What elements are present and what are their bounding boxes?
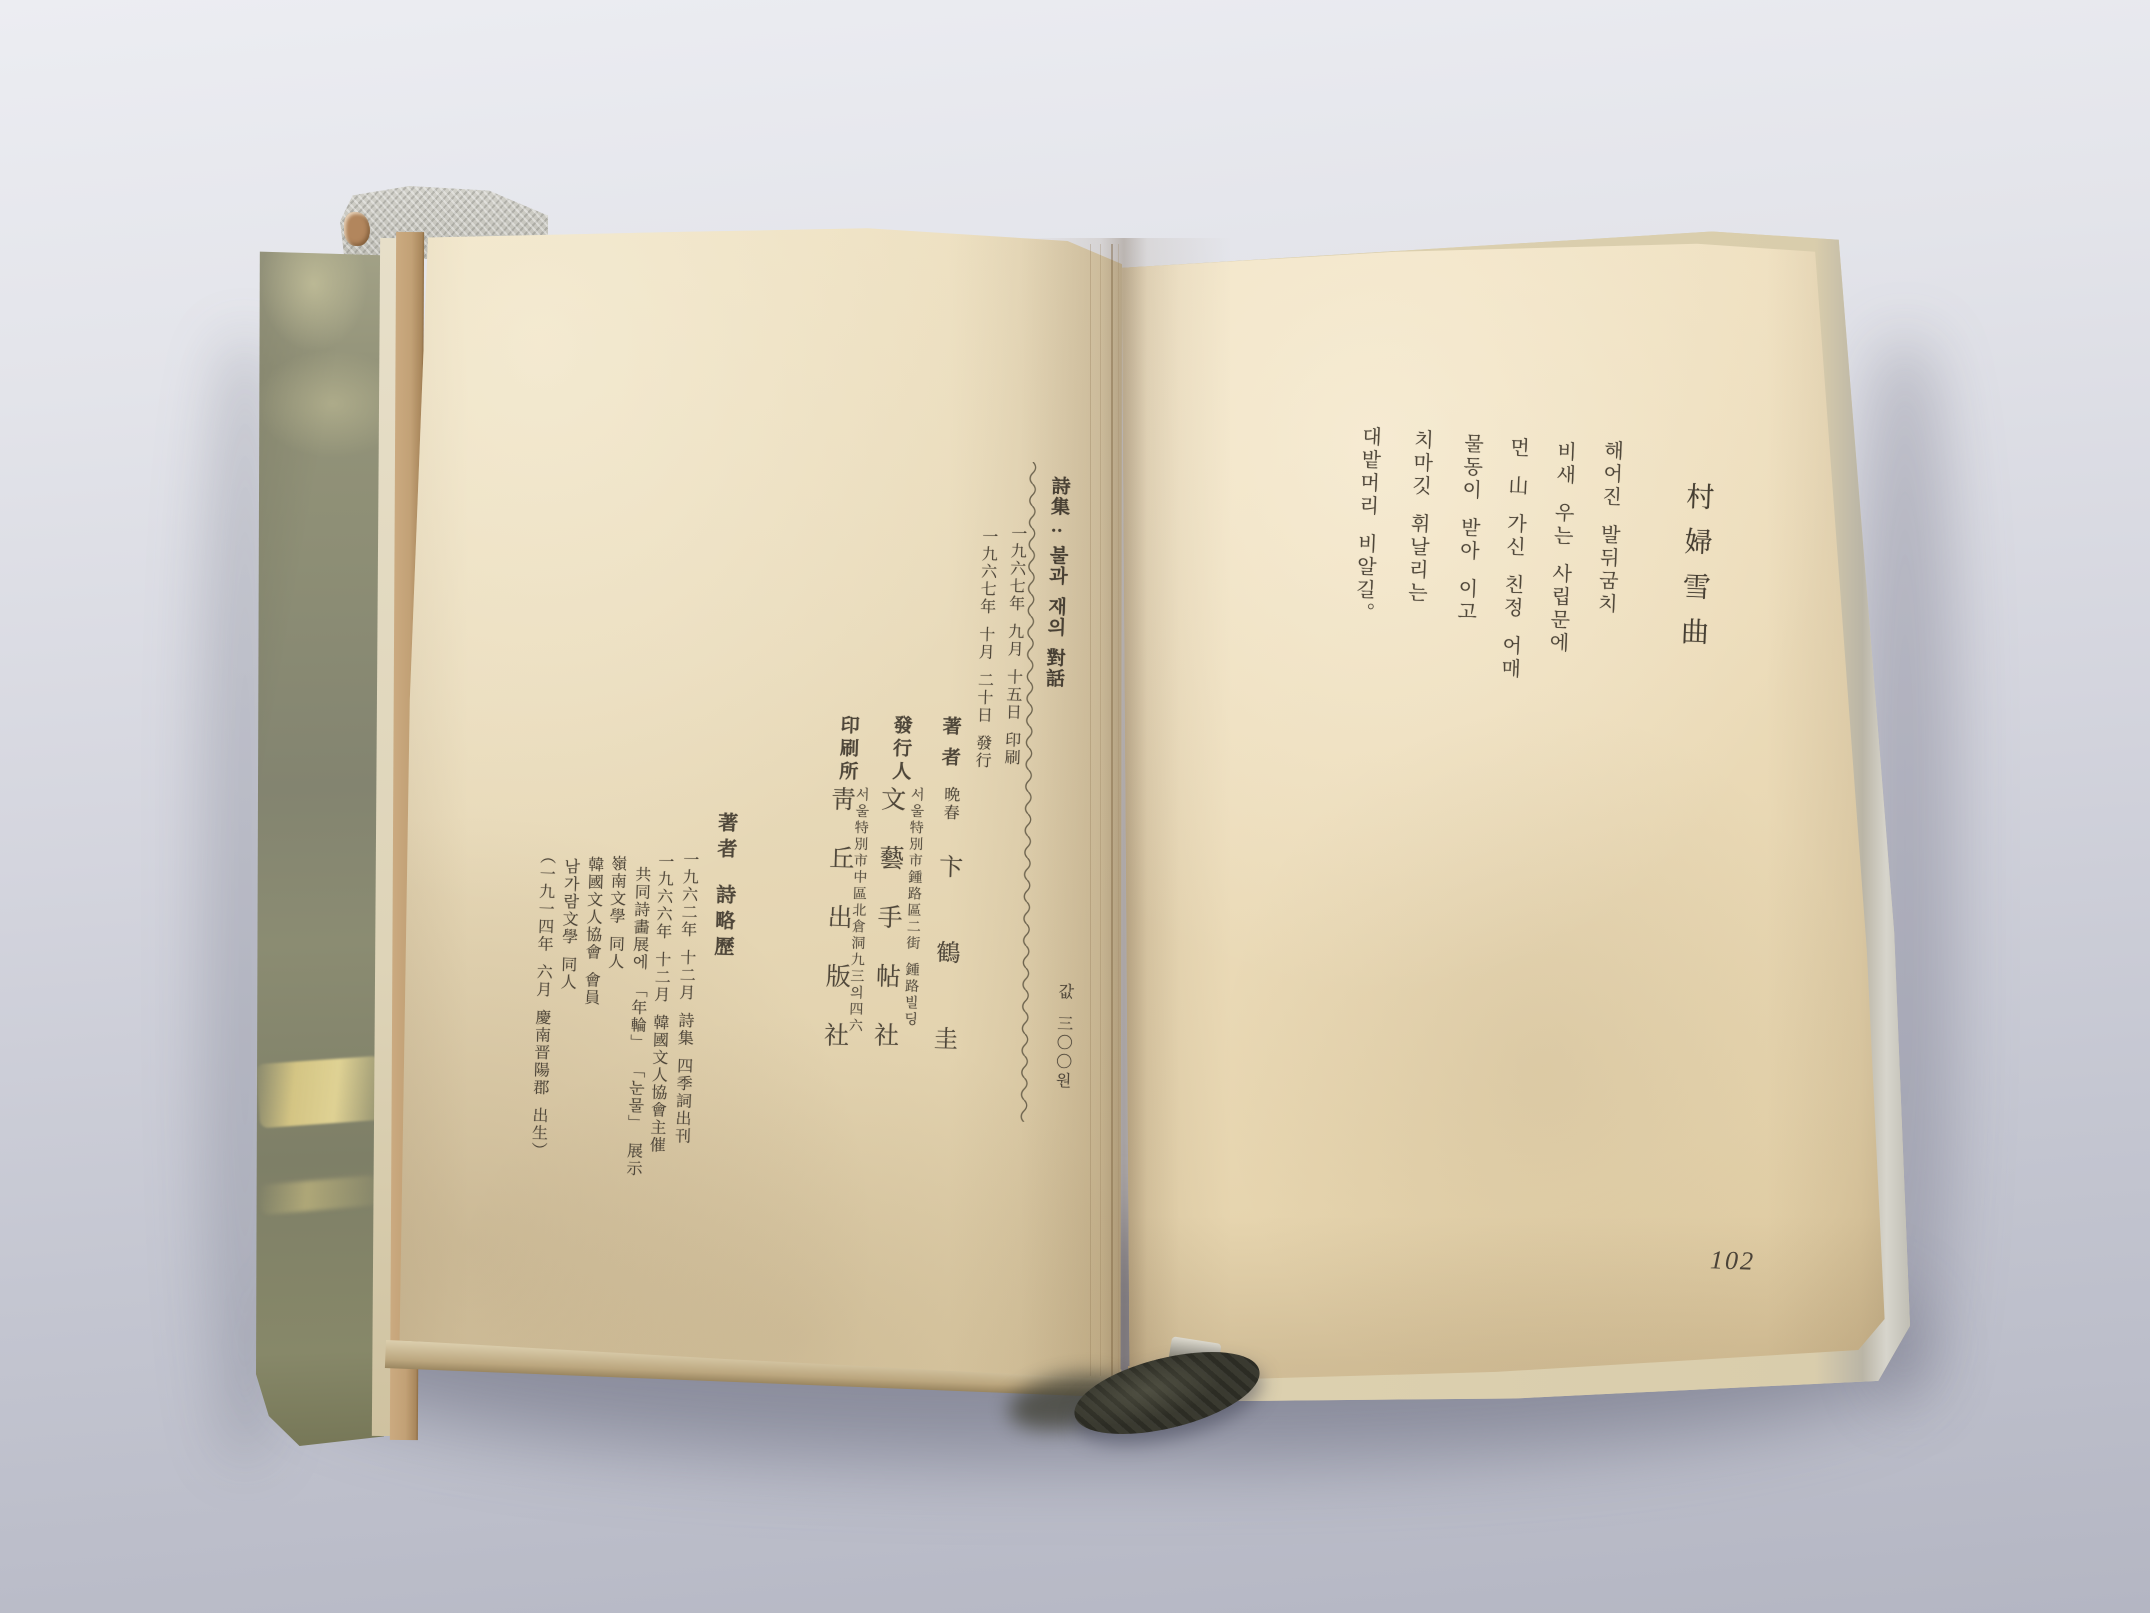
bio-line: 남가람文學 同人 bbox=[555, 858, 582, 992]
publisher-label: 發行人 bbox=[886, 715, 915, 785]
printer-label: 印刷所 bbox=[833, 715, 862, 785]
bio-line: 韓國文人協會 會員 bbox=[579, 856, 606, 1007]
bio-line: 嶺南文學 同人 bbox=[603, 855, 629, 971]
right-page-poem bbox=[1118, 238, 1890, 1388]
author-pen-name: 晩春 bbox=[941, 786, 959, 822]
poem-title: 村婦雪曲 bbox=[1671, 481, 1718, 662]
price: 값 三〇〇원 bbox=[1050, 983, 1076, 1092]
author-name: 卞鶴圭 bbox=[927, 854, 961, 1113]
author-label: 著者 bbox=[935, 716, 964, 779]
cover-paint-streak bbox=[256, 1056, 384, 1128]
bio-header: 著者 詩略歷 bbox=[708, 812, 741, 963]
jacket-tear-spot bbox=[344, 212, 370, 246]
page-number: 102 bbox=[1709, 1245, 1755, 1277]
book-cover-left bbox=[256, 248, 384, 1446]
left-page-colophon bbox=[396, 226, 1122, 1382]
book-photo-scene: 村婦雪曲 해어진 발뒤굼치 비새 우는 사립문에 먼 山 가신 친정 어매 물동… bbox=[0, 0, 2150, 1613]
